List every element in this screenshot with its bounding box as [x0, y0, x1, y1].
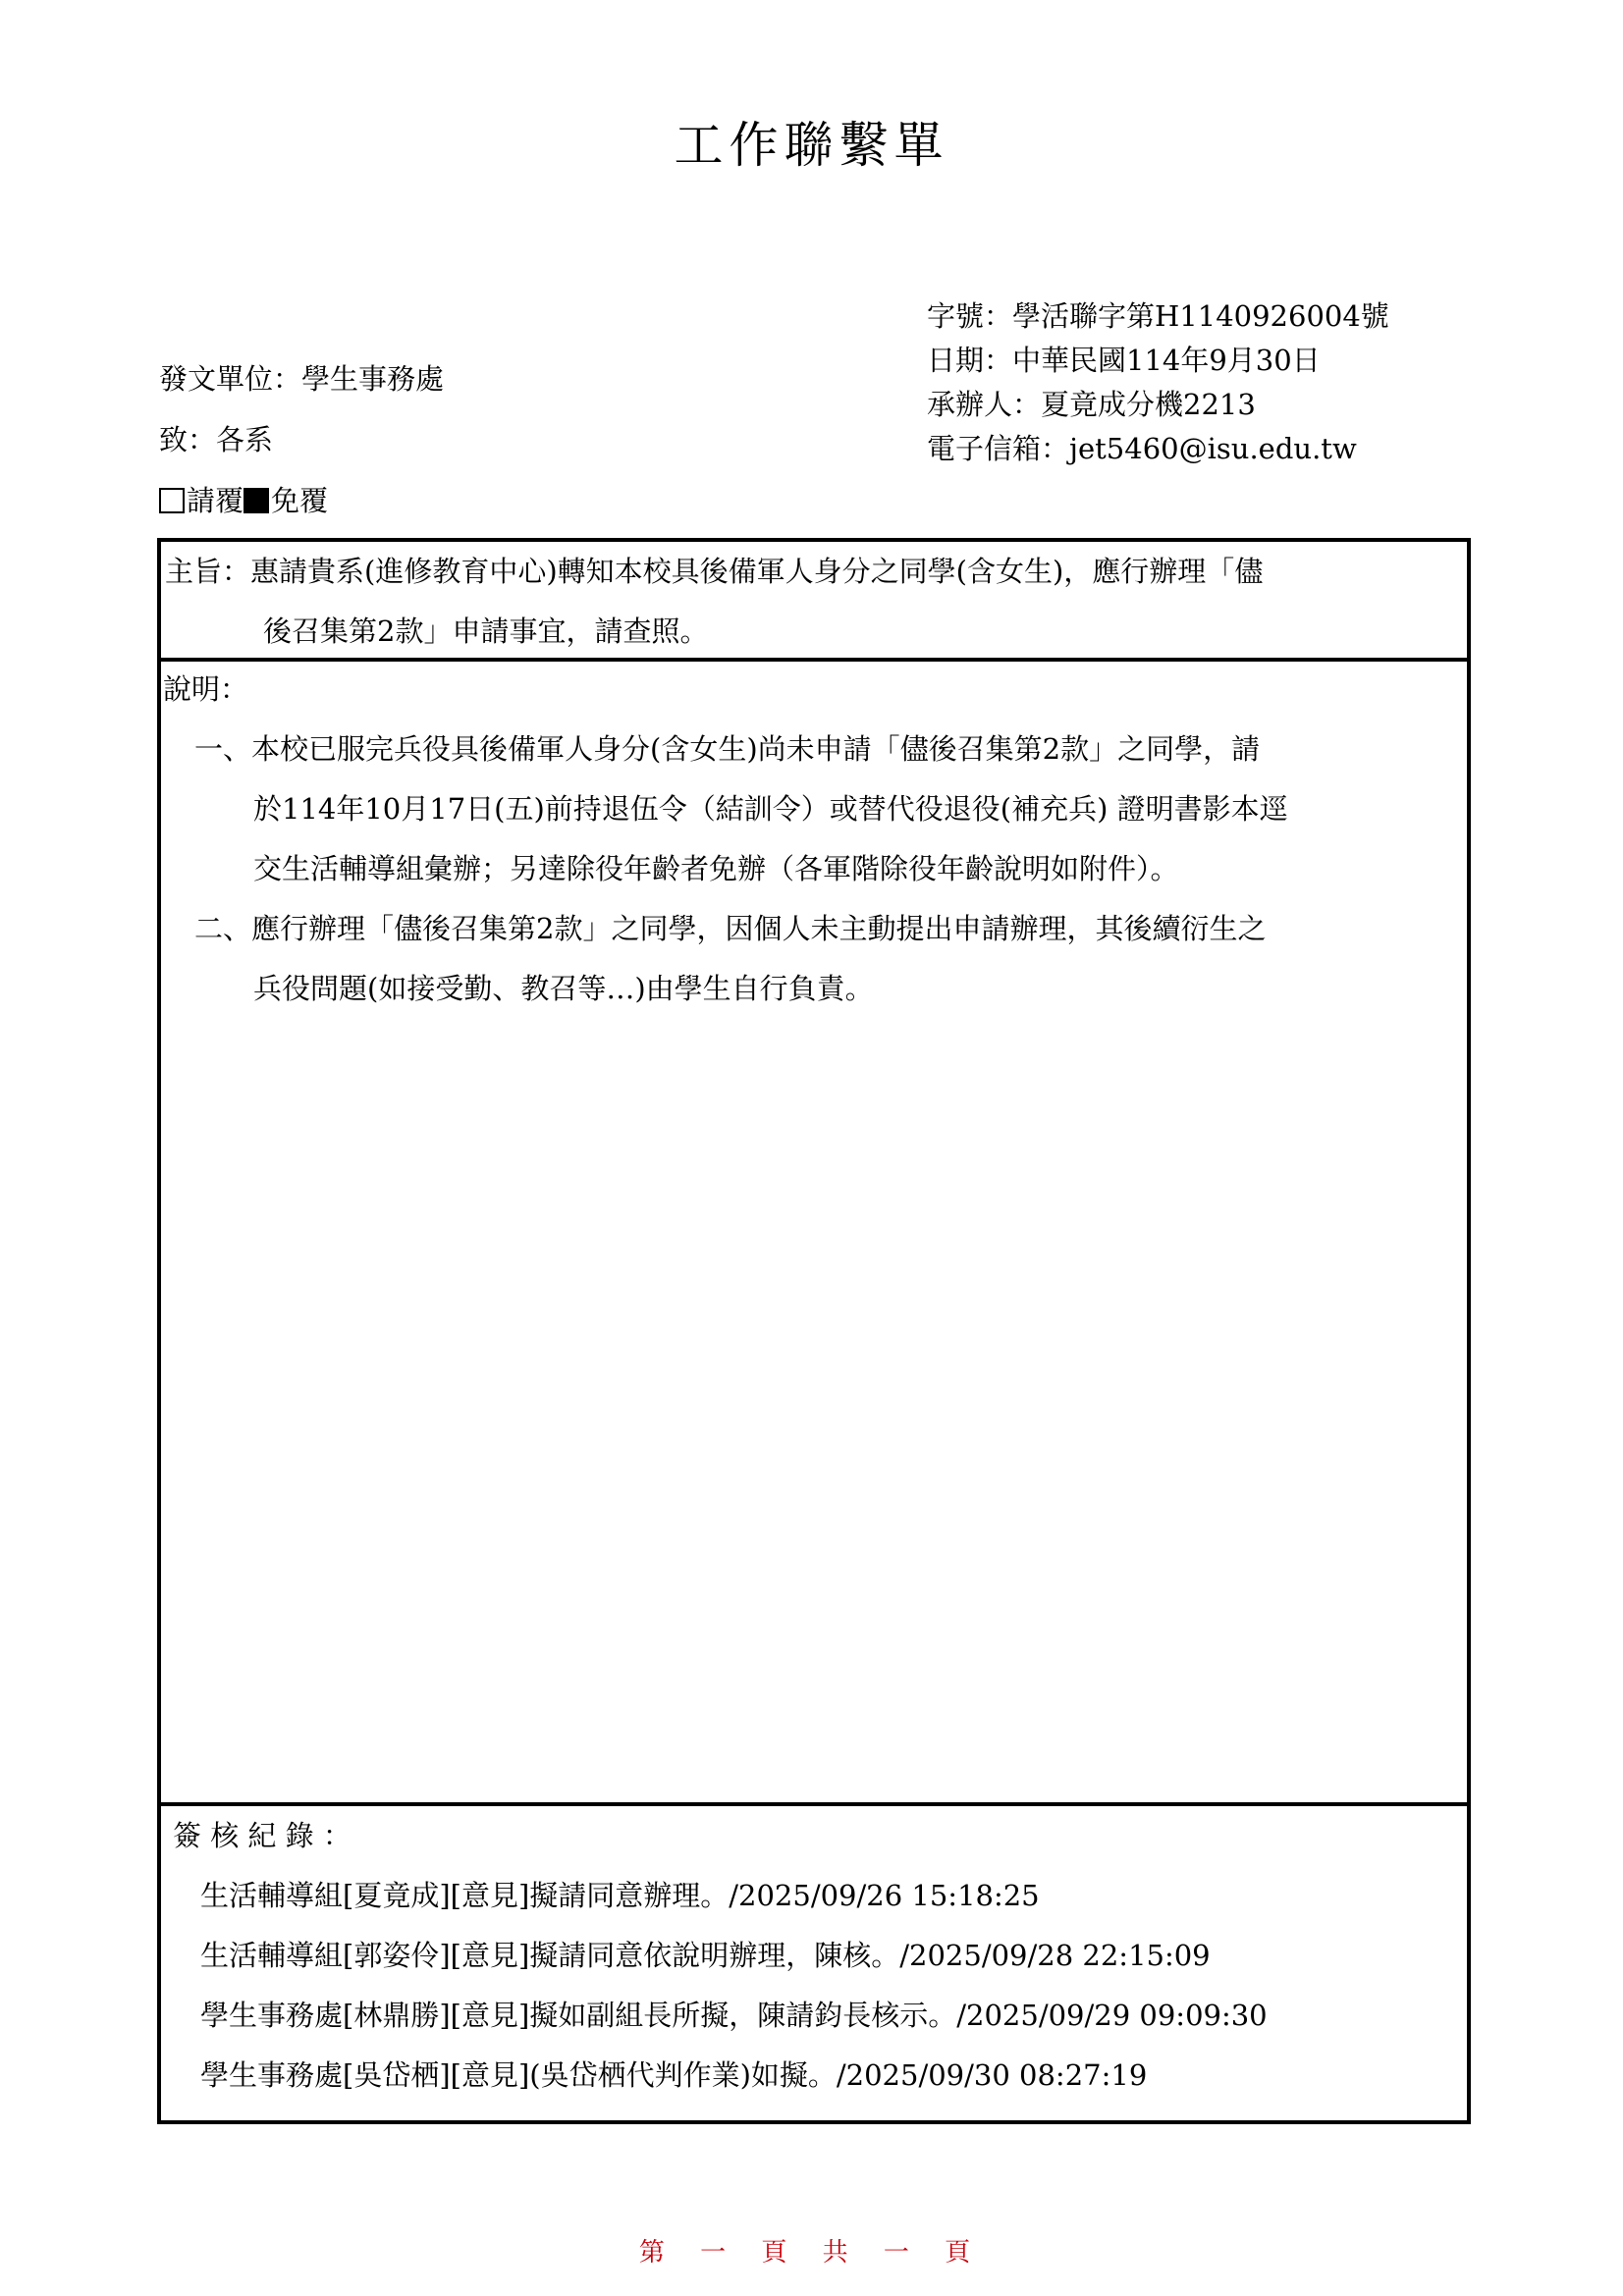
explanation-item-1-line-3: 交生活輔導組彙辦；另達除役年齡者免辦（各軍階除役年齡說明如附件）。 [253, 839, 1179, 899]
no-reply-checkbox[interactable] [243, 488, 269, 513]
document-title: 工作聯繫單 [0, 116, 1623, 175]
reply-options: 請覆 免覆 [159, 481, 328, 520]
explanation-item-2-line-1: 二、應行辦理「儘後召集第2款」之同學，因個人未主動提出申請辦理，其後續衍生之 [194, 899, 1266, 959]
contact-email: 電子信箱：jet5460@isu.edu.tw [927, 427, 1389, 471]
signoff-heading: 簽 核 紀 錄 ： [173, 1806, 352, 1866]
recipient: 致：各系 [159, 420, 273, 459]
subject-divider [161, 658, 1467, 662]
signoff-record: 學生事務處[吳岱栖][意見](吳岱栖代判作業)如擬。/2025/09/30 08… [200, 2046, 1147, 2106]
subject-line-2: 後召集第2款」申請事宜，請查照。 [263, 602, 708, 662]
reply-required-checkbox[interactable] [159, 488, 185, 513]
page-footer: 第 一 頁 共 一 頁 [0, 2232, 1623, 2269]
signoff-divider [161, 1802, 1467, 1806]
signoff-record: 學生事務處[林鼎勝][意見]擬如副組長所擬，陳請鈞長核示。/2025/09/29… [200, 1986, 1268, 2046]
reply-required-label: 請覆 [187, 481, 243, 520]
signoff-record: 生活輔導組[夏竟成][意見]擬請同意辦理。/2025/09/26 15:18:2… [200, 1866, 1040, 1926]
no-reply-label: 免覆 [271, 481, 328, 520]
signoff-record: 生活輔導組[郭姿伶][意見]擬請同意依說明辦理，陳核。/2025/09/28 2… [200, 1926, 1211, 1986]
issuing-unit: 發文單位：學生事務處 [159, 359, 444, 399]
explanation-heading: 說明： [163, 660, 248, 720]
subject-line-1: 主旨：惠請貴系(進修教育中心)轉知本校具後備軍人身分之同學(含女生)，應行辦理「… [165, 542, 1263, 602]
document-meta: 字號：學活聯字第H1140926004號 日期：中華民國114年9月30日 承辦… [927, 294, 1389, 471]
explanation-item-1-line-2: 於114年10月17日(五)前持退伍令（結訓令）或替代役退役(補充兵) 證明書影… [253, 779, 1288, 839]
content-table: 主旨：惠請貴系(進修教育中心)轉知本校具後備軍人身分之同學(含女生)，應行辦理「… [157, 538, 1471, 2124]
issue-date: 日期：中華民國114年9月30日 [927, 339, 1389, 383]
explanation-item-2-line-2: 兵役問題(如接受勤、教召等…)由學生自行負責。 [253, 959, 874, 1019]
reference-number: 字號：學活聯字第H1140926004號 [927, 294, 1389, 339]
handler: 承辦人：夏竟成分機2213 [927, 383, 1389, 427]
explanation-item-1-line-1: 一、本校已服完兵役具後備軍人身分(含女生)尚未申請「儘後召集第2款」之同學，請 [194, 720, 1260, 779]
